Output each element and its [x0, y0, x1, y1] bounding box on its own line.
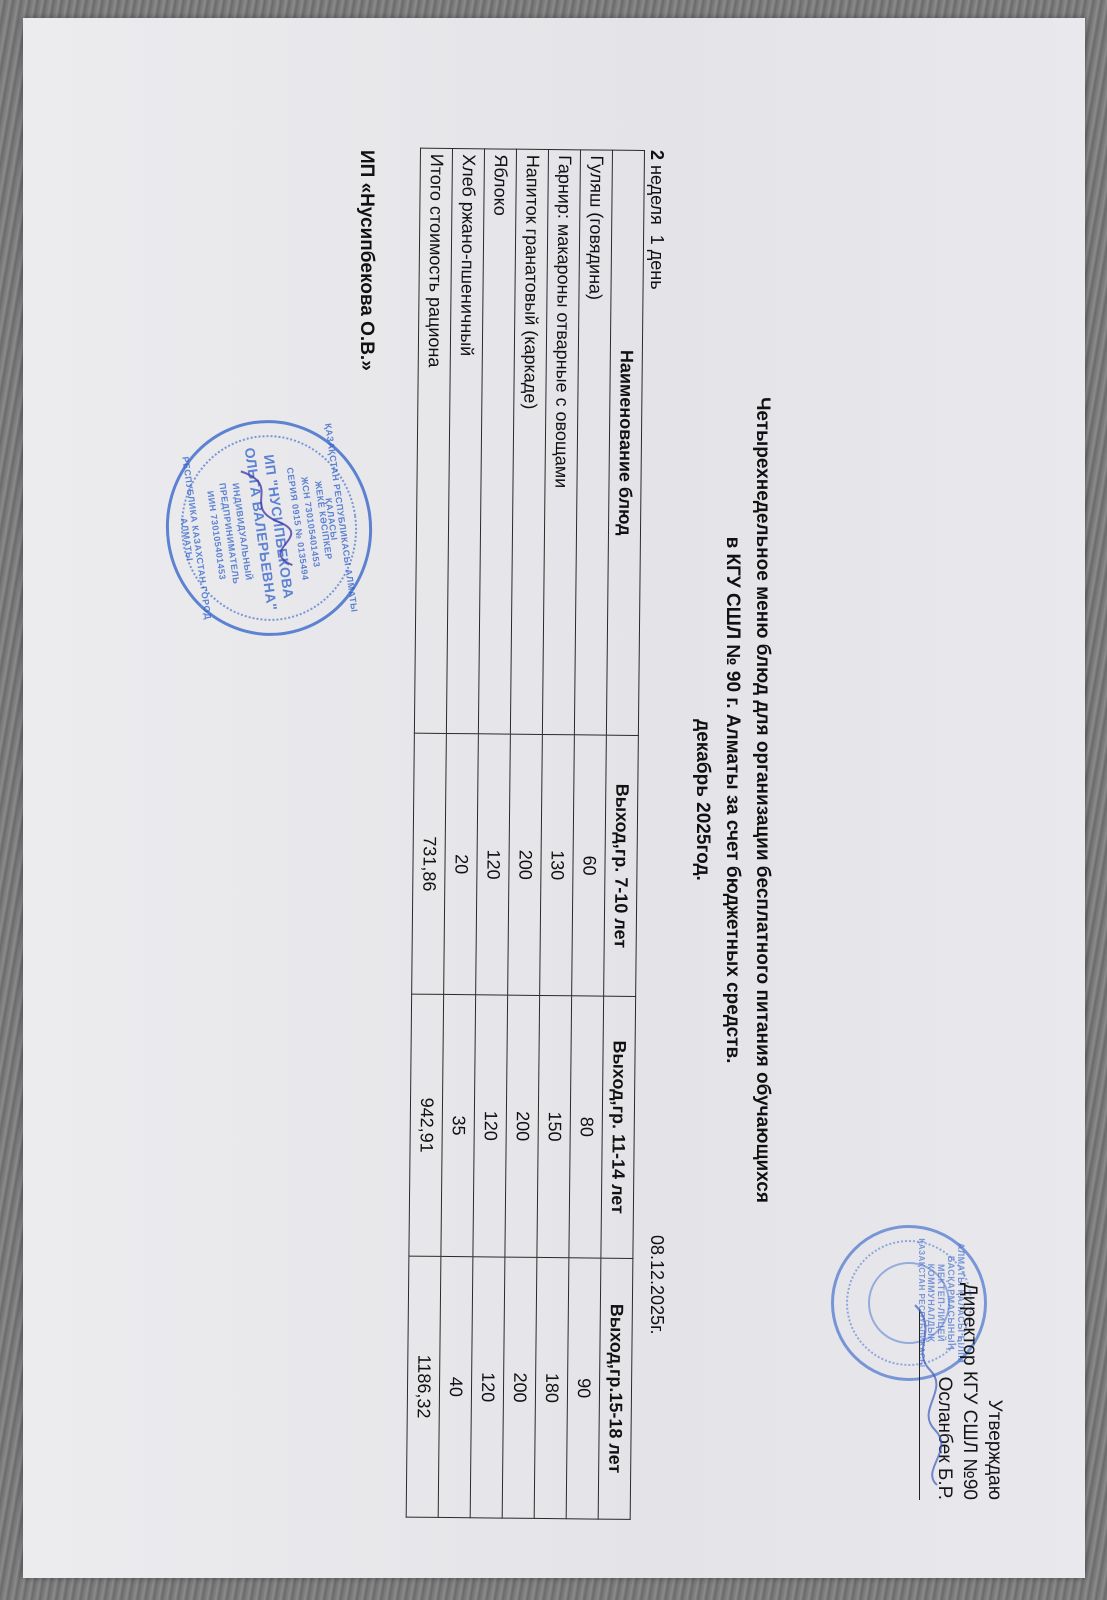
yield-7-10: 200 [508, 734, 543, 996]
dish-name: Хлеб ржано-пшеничный [446, 148, 484, 733]
menu-table: Наименование блюд Выход,гр. 7-10 лет Вых… [406, 148, 645, 1520]
week-label: неделя [647, 165, 667, 225]
header-yield-11-14: Выход,гр. 11-14 лет [601, 996, 636, 1258]
document-title: Четырехнедельное меню блюд для организац… [687, 380, 777, 1220]
document: АЛМАТЫ ҚАЛАСЫ БІЛІМ БАСҚАРМАСЫНЫҢ МЕКТЕП… [0, 0, 1107, 1600]
approval-block: Утверждаю Директор КГУ СШЛ №90 Осланбек … [919, 1210, 1007, 1500]
approval-heading: Утверждаю [982, 1210, 1007, 1500]
title-line-3: декабрь 2025год. [687, 380, 717, 1220]
total-11-14: 942,91 [409, 994, 444, 1256]
yield-15-18: 180 [534, 1257, 569, 1519]
yield-7-10: 60 [572, 735, 607, 997]
total-15-18: 1186,32 [406, 1256, 441, 1518]
rotated-photo: АЛМАТЫ ҚАЛАСЫ БІЛІМ БАСҚАРМАСЫНЫҢ МЕКТЕП… [0, 0, 1107, 1600]
yield-15-18: 200 [502, 1257, 537, 1519]
title-line-2: в КГУ СШЛ № 90 г. Алматы за счет бюджетн… [717, 380, 747, 1220]
yield-11-14: 80 [569, 996, 604, 1258]
total-7-10: 731,86 [412, 733, 447, 995]
dish-name: Яблоко [478, 149, 516, 734]
signature-scribble-icon [905, 1300, 945, 1490]
approval-position: Директор КГУ СШЛ №90 [957, 1210, 982, 1500]
yield-15-18: 120 [470, 1256, 505, 1518]
yield-7-10: 120 [476, 734, 511, 996]
yield-11-14: 35 [441, 995, 476, 1257]
header-yield-7-10: Выход,гр. 7-10 лет [604, 735, 639, 997]
yield-11-14: 200 [505, 995, 540, 1257]
header-dish-name: Наименование блюд [606, 150, 644, 735]
dish-name: Гарнир: макароны отварные с овощами [542, 149, 580, 734]
yield-7-10: 20 [444, 733, 479, 995]
menu-date: 08.12.2025г. [646, 1235, 667, 1334]
week-number: 2 [647, 150, 667, 160]
yield-11-14: 150 [537, 996, 572, 1258]
yield-7-10: 130 [540, 734, 575, 996]
dish-name: Гуляш (говядина) [574, 150, 612, 735]
yield-15-18: 40 [438, 1256, 473, 1518]
title-line-1: Четырехнедельное меню блюд для организац… [747, 380, 777, 1220]
total-label: Итого стоимость рациона [414, 148, 452, 733]
yield-15-18: 90 [566, 1257, 601, 1519]
provider-signature: ИП «Нусипбекова О.В.» [355, 150, 377, 371]
dish-name: Напиток гранатовый (каркаде) [510, 149, 548, 734]
provider-stamp: ҚАЗАҚСТАН РЕСПУБЛИКАСЫ АЛМАТЫ ҚАЛАСЫ ЖЕК… [152, 407, 386, 650]
day-label: 1 день [647, 235, 667, 290]
header-yield-15-18: Выход,гр.15-18 лет [598, 1258, 633, 1520]
week-day-label: 2 неделя 1 день [646, 150, 667, 290]
yield-11-14: 120 [473, 995, 508, 1257]
